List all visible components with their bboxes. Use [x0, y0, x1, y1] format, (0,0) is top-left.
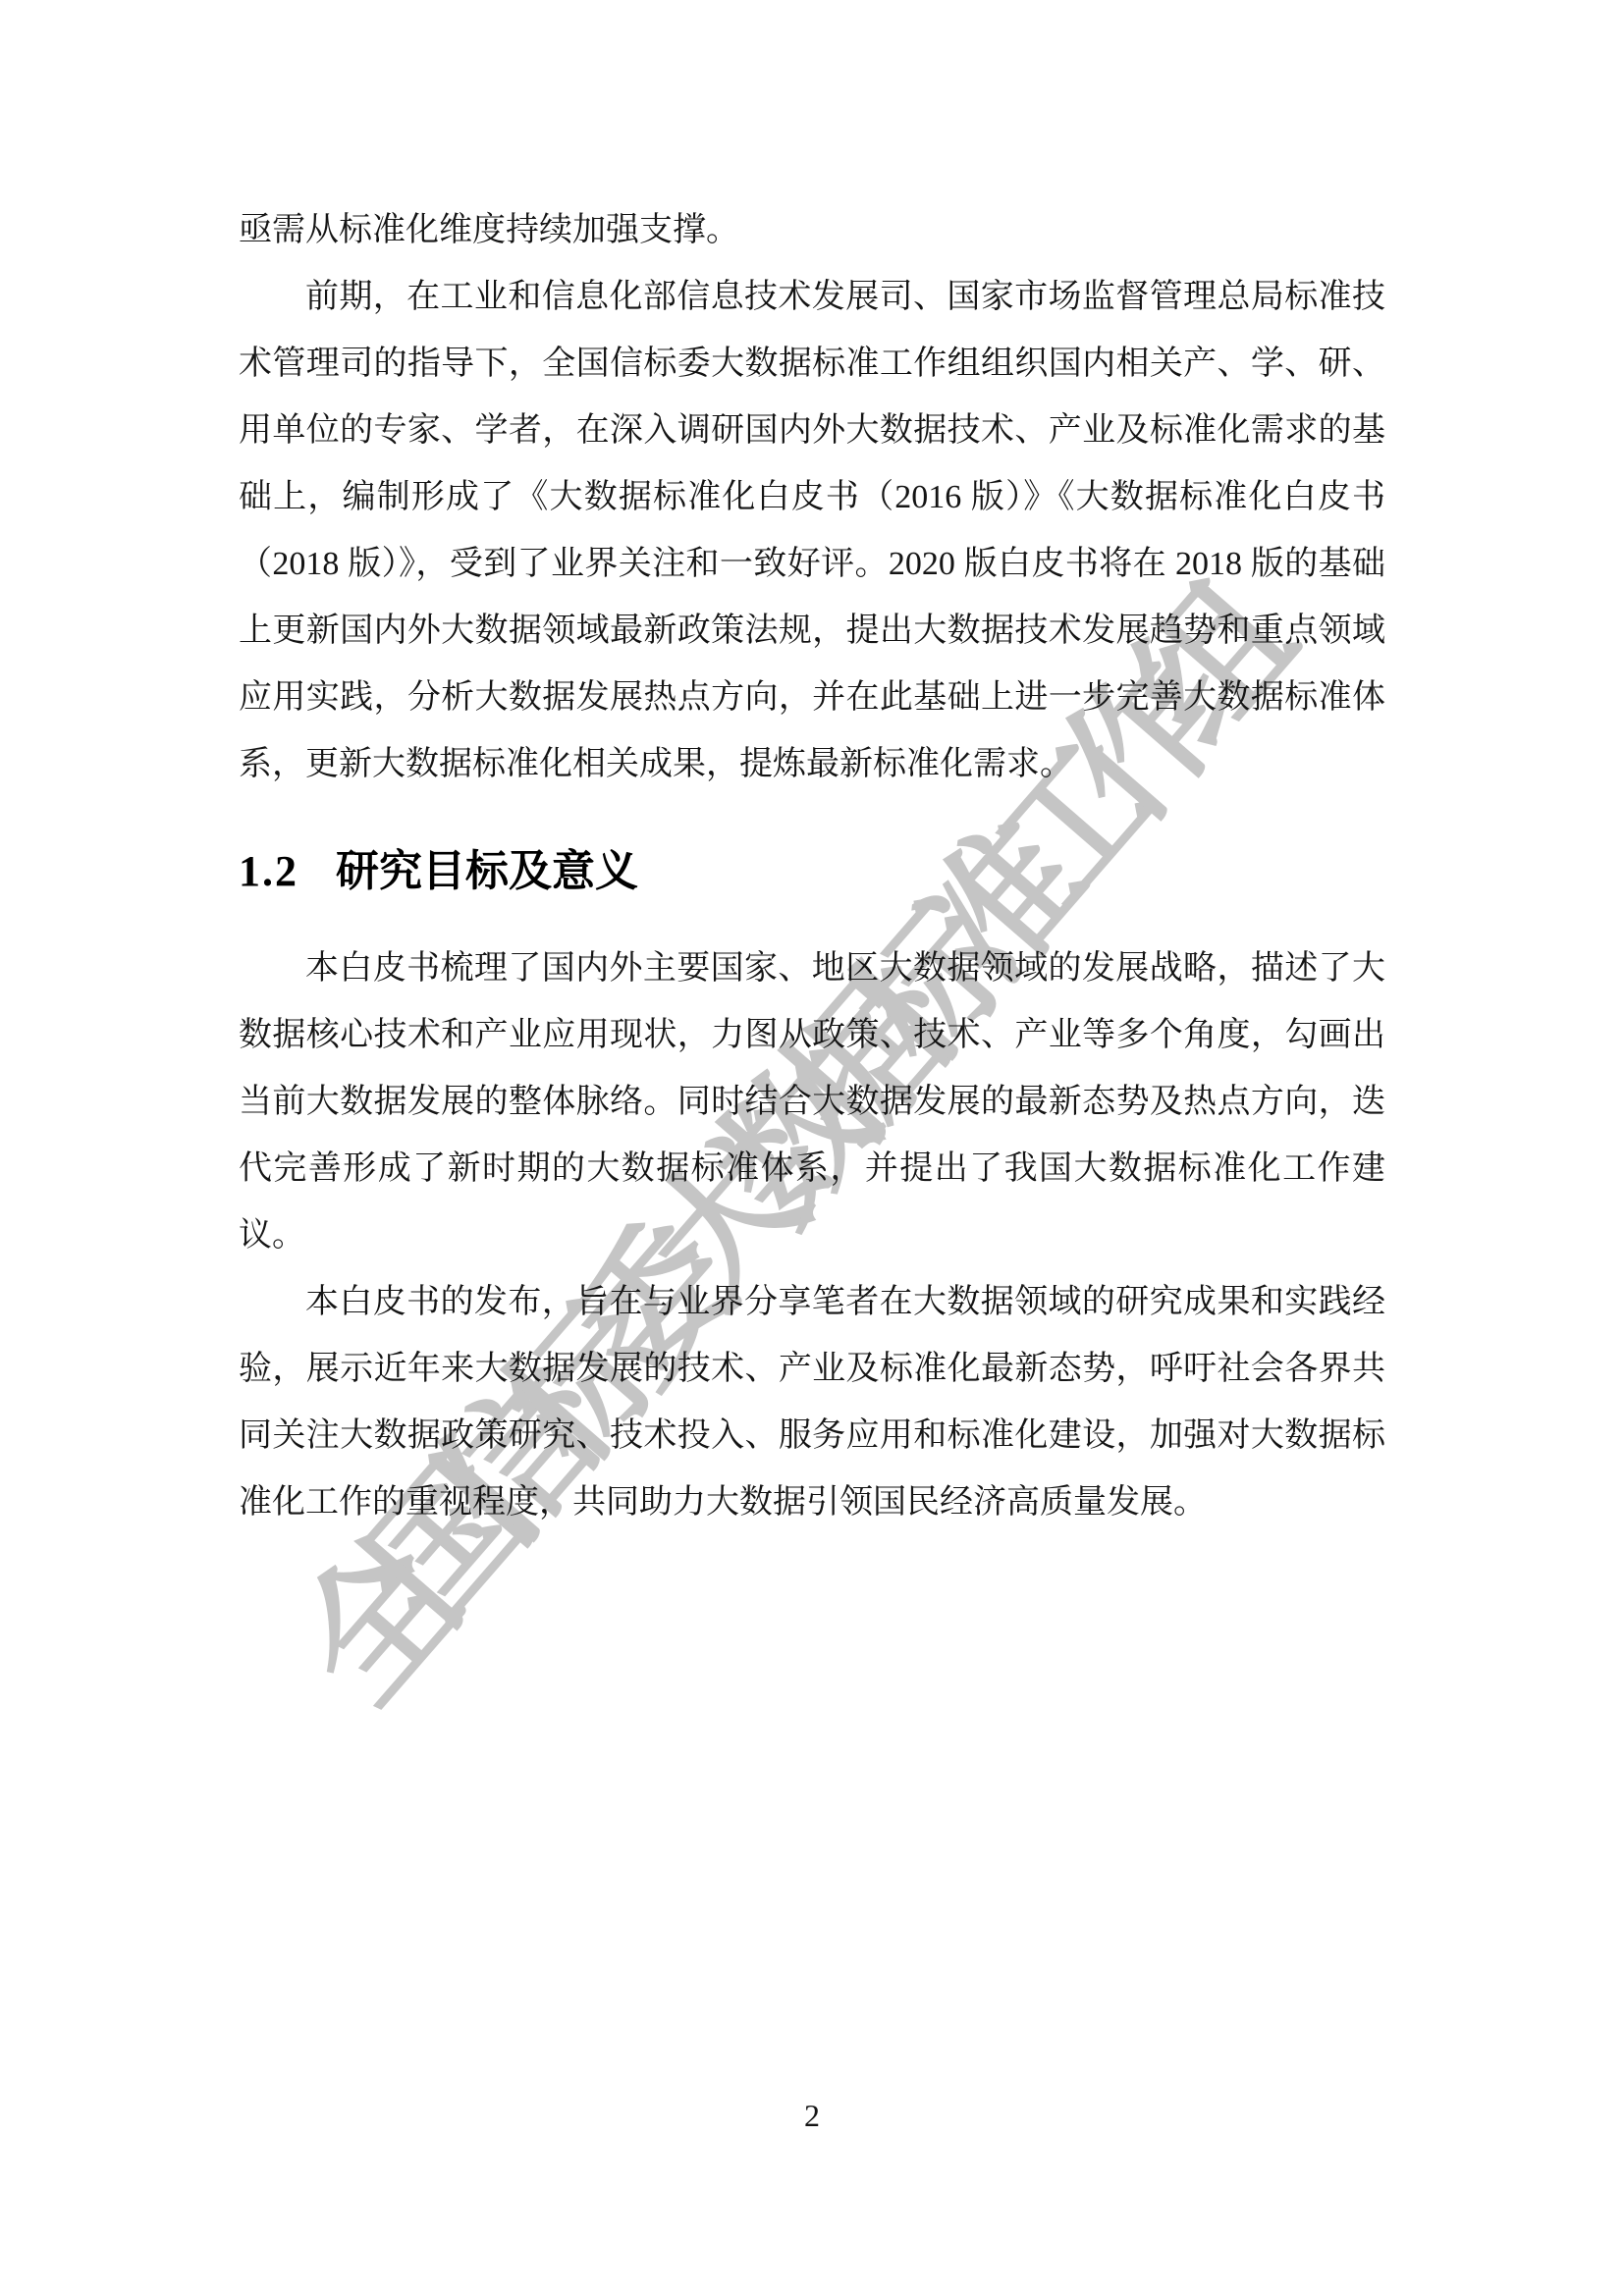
section-number: 1.2 — [239, 842, 298, 900]
section-title: 研究目标及意义 — [336, 847, 638, 895]
paragraph: 前期，在工业和信息化部信息技术发展司、国家市场监督管理总局标准技术管理司的指导下… — [239, 264, 1385, 798]
document-page: 全国信标委大数据标准工作组 亟需从标准化维度持续加强支撑。 前期，在工业和信息化… — [0, 0, 1624, 2296]
page-number: 2 — [804, 2098, 820, 2133]
paragraph: 本白皮书梳理了国内外主要国家、地区大数据领域的发展战略，描述了大数据核心技术和产… — [239, 935, 1385, 1269]
paragraph: 本白皮书的发布，旨在与业界分享笔者在大数据领域的研究成果和实践经验，展示近年来大… — [239, 1269, 1385, 1536]
page-content: 亟需从标准化维度持续加强支撑。 前期，在工业和信息化部信息技术发展司、国家市场监… — [239, 197, 1385, 1536]
paragraph-continuation: 亟需从标准化维度持续加强支撑。 — [239, 197, 1385, 264]
section-heading: 1.2研究目标及意义 — [239, 842, 1385, 900]
page-footer: 2 — [0, 2096, 1624, 2135]
